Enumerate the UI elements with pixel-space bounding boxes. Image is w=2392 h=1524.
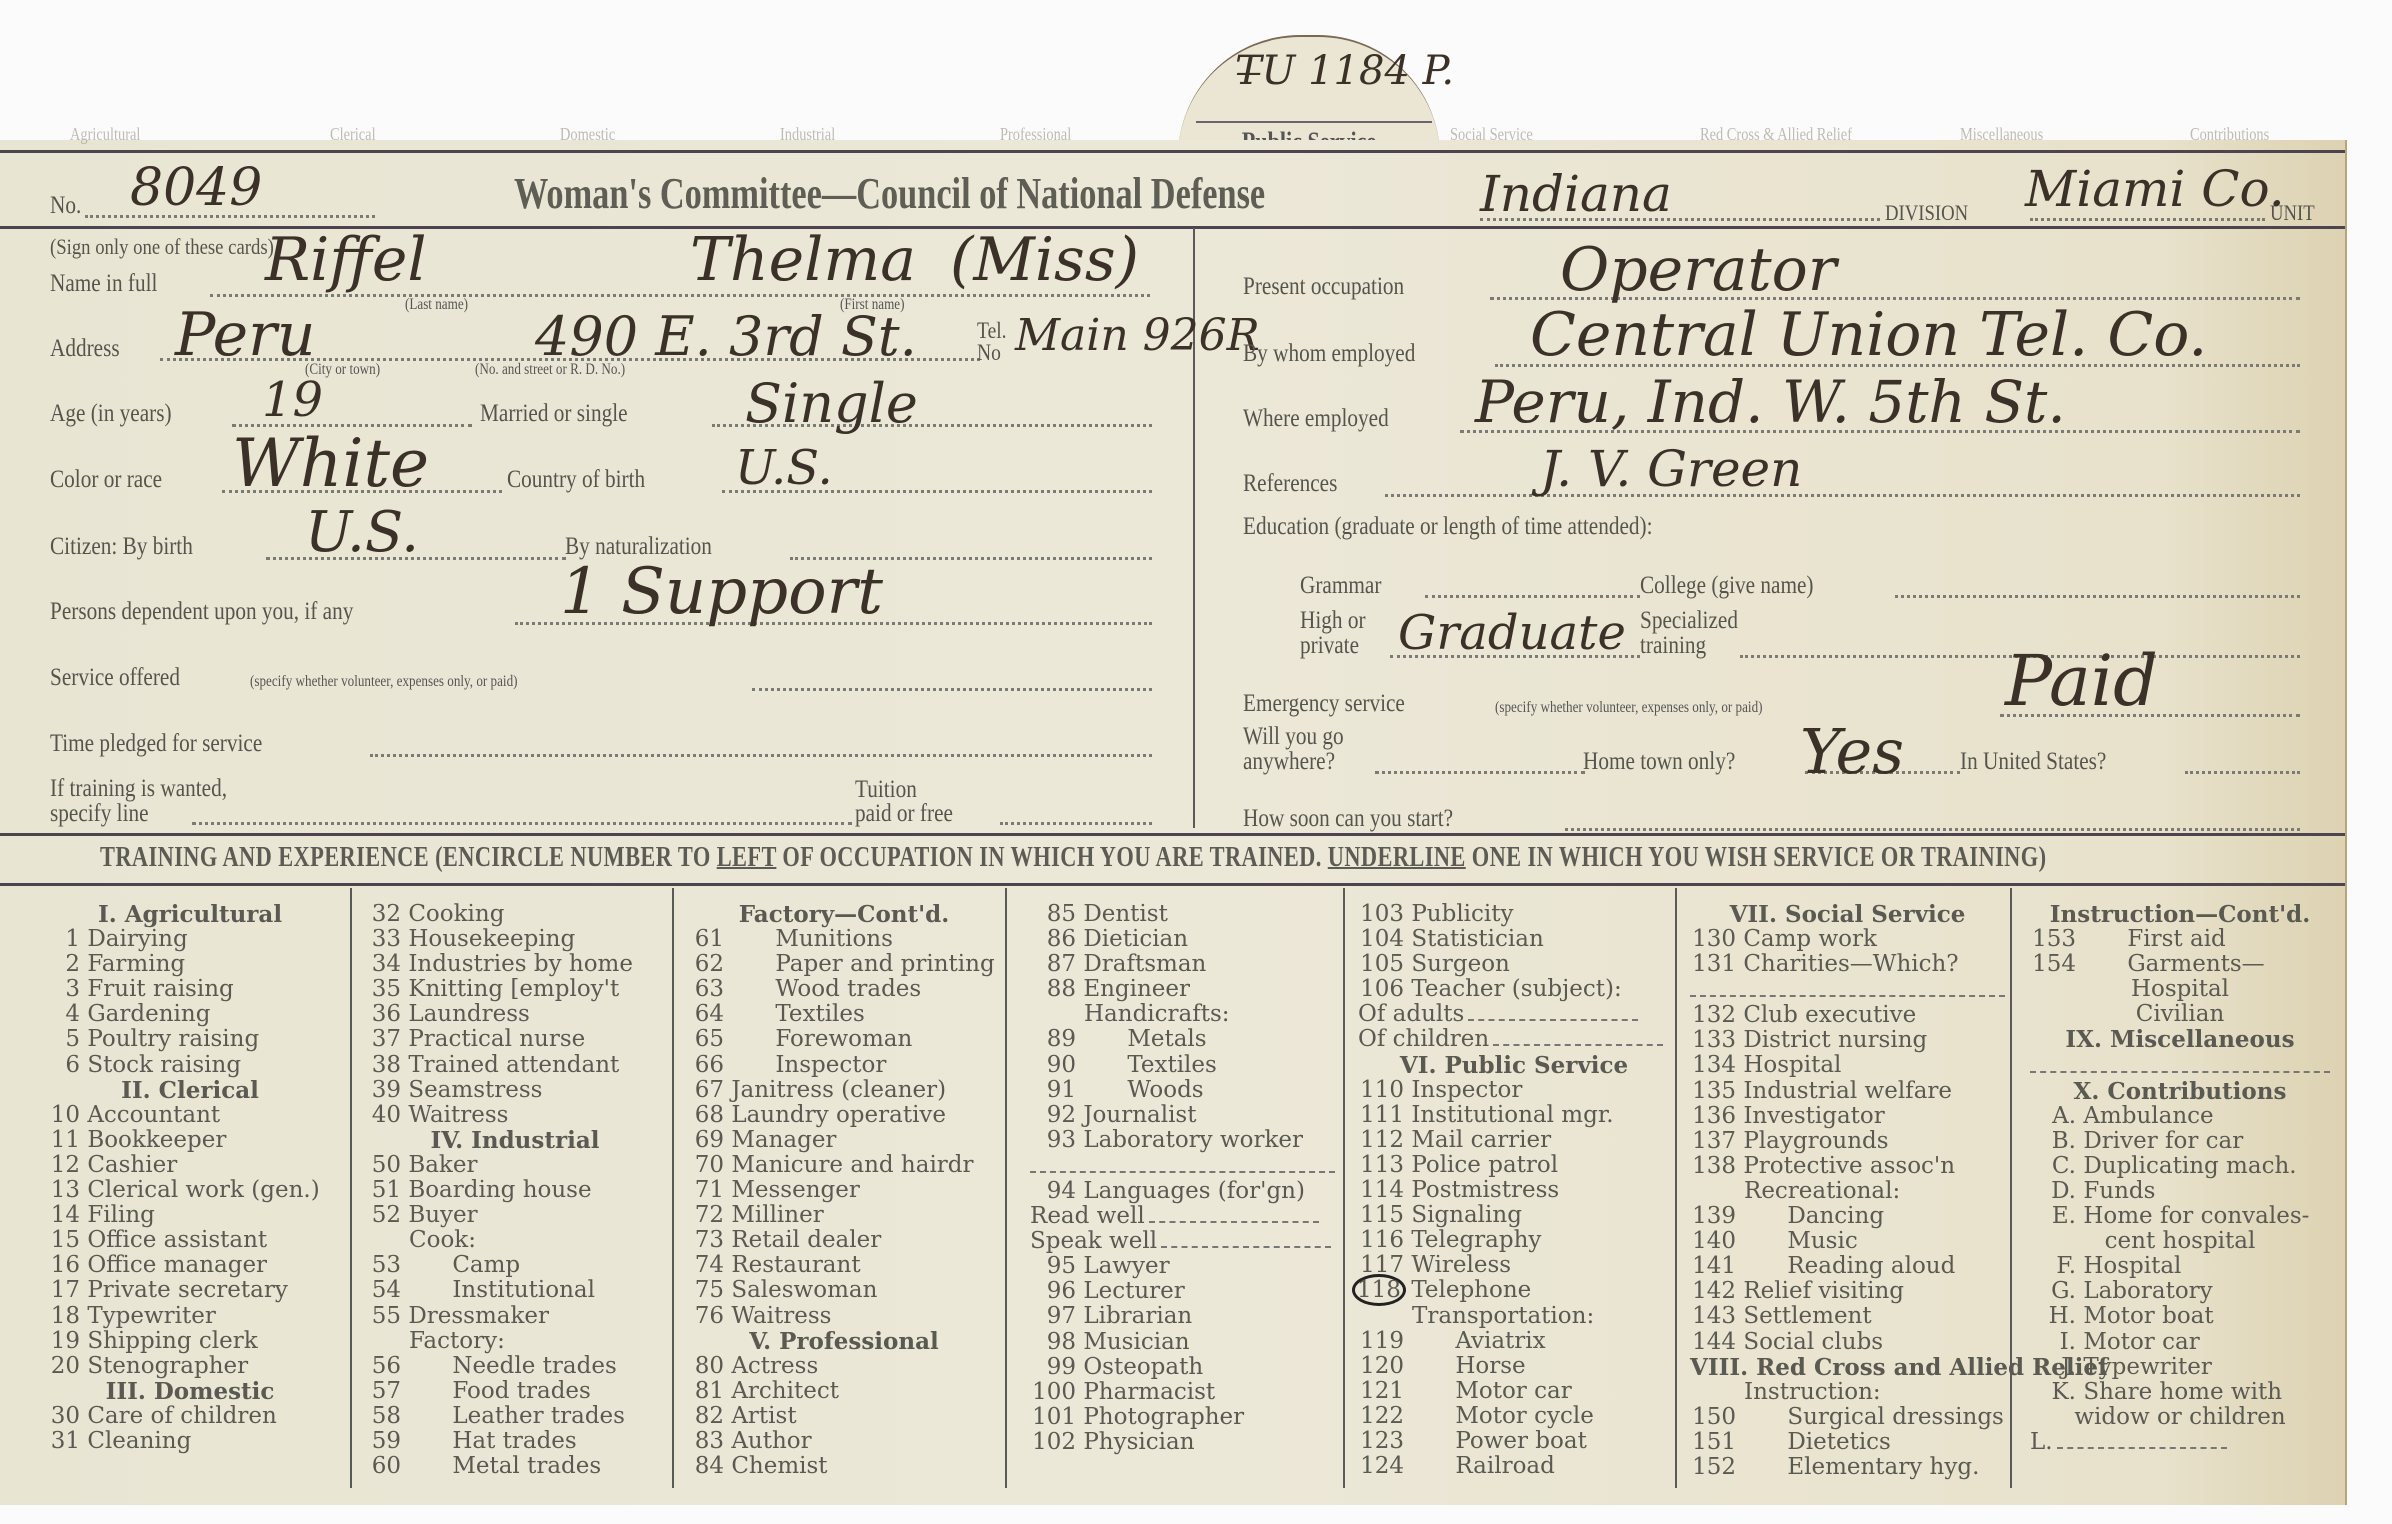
occupation-label: Actress: [731, 1353, 818, 1379]
occupation-item: 35 Knitting [employ't: [365, 977, 665, 1002]
occupation-item: 52 Buyer: [365, 1203, 665, 1228]
occupation-label: Osteopath: [1083, 1354, 1203, 1380]
occupation-label: Stock raising: [87, 1052, 241, 1078]
occupation-number: 93: [1030, 1128, 1076, 1153]
occupation-number: 64: [688, 1002, 724, 1027]
training-column-5: 103 Publicity104 Statistician105 Surgeon…: [1358, 902, 1670, 1479]
occupation-label: Motor cycle: [1455, 1403, 1594, 1429]
occupation-number: 38: [365, 1053, 401, 1078]
occupation-item: 115 Signaling: [1358, 1203, 1670, 1228]
occupation-label: Aviatrix: [1455, 1328, 1545, 1354]
occupation-number: 72: [688, 1203, 724, 1228]
occupation-item: 40 Waitress: [365, 1103, 665, 1128]
training-column-2: 32 Cooking33 Housekeeping34 Industries b…: [365, 902, 665, 1479]
occupation-label: Waitress: [731, 1303, 831, 1329]
occupation-item: 71 Messenger: [688, 1178, 1000, 1203]
occupation-label: Physician: [1083, 1429, 1194, 1455]
occupation-item: 113 Police patrol: [1358, 1153, 1670, 1178]
college-label: College (give name): [1640, 572, 1813, 600]
occupation-number: 144: [1690, 1330, 1736, 1355]
occupation-number: 4: [40, 1002, 80, 1027]
occupation-label: Metals: [1127, 1026, 1206, 1052]
occupation-label: Manager: [731, 1127, 836, 1153]
occupation-label: Publicity: [1411, 901, 1513, 927]
fill-in-line: Speak well: [1030, 1229, 1335, 1254]
occupation-label: Social clubs: [1743, 1329, 1883, 1355]
tel-label: Tel. No: [977, 320, 1003, 364]
occupation-item: 144 Social clubs: [1690, 1330, 2005, 1355]
occupation-number: 53: [365, 1253, 401, 1278]
occupation-label: Forewoman: [775, 1026, 912, 1052]
occupation-item: 114 Postmistress: [1358, 1178, 1670, 1203]
occupation-label: Journalist: [1083, 1102, 1196, 1128]
occupation-label: Cooking: [408, 901, 504, 927]
occupation-item: 54 Institutional: [365, 1278, 665, 1303]
occupation-number: 13: [40, 1178, 80, 1203]
occupation-number: 81: [688, 1379, 724, 1404]
training-column-7: Instruction—Cont'd.153 First aid154 Garm…: [2030, 902, 2330, 1455]
occupation-item: 123 Power boat: [1358, 1429, 1670, 1454]
occupation-label: Photographer: [1083, 1404, 1244, 1430]
occupation-number: F.: [2030, 1254, 2076, 1279]
dependents-value: 1 Support: [560, 555, 883, 629]
high-label-2: private: [1300, 632, 1359, 660]
occupation-item: 60 Metal trades: [365, 1454, 665, 1479]
unit-value: Miami Co.: [2025, 160, 2285, 218]
occupation-label: Camp work: [1743, 926, 1877, 952]
occupation-number: 36: [365, 1002, 401, 1027]
emergency-note: (specify whether volunteer, expenses onl…: [1495, 699, 1762, 717]
occupation-number: I.: [2030, 1330, 2076, 1355]
service-line: [752, 688, 1152, 691]
occupation-number: 113: [1358, 1153, 1404, 1178]
occupation-label: Teacher (subject):: [1411, 976, 1621, 1002]
address-label: Address: [50, 335, 120, 363]
occupation-label: Housekeeping: [408, 926, 575, 952]
occupation-label: Inspector: [775, 1052, 886, 1078]
occupation-item: 59 Hat trades: [365, 1429, 665, 1454]
occupation-number: 3: [40, 977, 80, 1002]
occupation-number: 85: [1030, 902, 1076, 927]
occupation-item: 55 Dressmaker: [365, 1304, 665, 1329]
occupation-item: 4 Gardening: [40, 1002, 340, 1027]
occupation-number: 116: [1358, 1228, 1404, 1253]
occupation-item: 93 Laboratory worker: [1030, 1128, 1335, 1153]
occupation-number: 50: [365, 1153, 401, 1178]
occupation-number: 16: [40, 1253, 80, 1278]
occupation-item: 150 Surgical dressings: [1690, 1405, 2005, 1430]
training-wanted-label-2: specify line: [50, 800, 149, 828]
occupation-label: Munitions: [775, 926, 893, 952]
occupation-item: 17 Private secretary: [40, 1278, 340, 1303]
occupation-item: 56 Needle trades: [365, 1354, 665, 1379]
occupation-number: 60: [365, 1454, 401, 1479]
occupation-number: 143: [1690, 1304, 1736, 1329]
occupation-label: Railroad: [1455, 1453, 1555, 1479]
occupation-number: 131: [1690, 952, 1736, 977]
occupation-number: 135: [1690, 1079, 1736, 1104]
section-header: Factory—Cont'd.: [688, 902, 1000, 927]
occupation-number: 40: [365, 1103, 401, 1128]
occupation-label: Trained attendant: [408, 1052, 619, 1078]
occupation-number: 39: [365, 1078, 401, 1103]
occupation-label: Librarian: [1083, 1303, 1192, 1329]
occupation-label: Industries by home: [408, 951, 633, 977]
occupation-number: 74: [688, 1253, 724, 1278]
occupation-number: 134: [1690, 1053, 1736, 1078]
occupation-number: 57: [365, 1379, 401, 1404]
occupation-number: 59: [365, 1429, 401, 1454]
occupation-item: 87 Draftsman: [1030, 952, 1335, 977]
occupation-item: 98 Musician: [1030, 1330, 1335, 1355]
occupation-number: 118: [1358, 1278, 1404, 1303]
occupation-label: Author: [731, 1428, 811, 1454]
occupation-label: Charities—Which?: [1743, 951, 1958, 977]
specialized-label-2: training: [1640, 632, 1706, 660]
training-column-3: Factory—Cont'd.61 Munitions62 Paper and …: [688, 902, 1000, 1479]
occupation-number: 30: [40, 1404, 80, 1429]
occupation-item: 15 Office assistant: [40, 1228, 340, 1253]
citizen-birth-value: U.S.: [305, 500, 419, 565]
occupation-label: Wood trades: [775, 976, 921, 1002]
column-divider: [1675, 888, 1677, 1488]
occupation-item: 94 Languages (for'gn): [1030, 1179, 1335, 1204]
occupation-label: Retail dealer: [731, 1227, 881, 1253]
occupation-number: 61: [688, 927, 724, 952]
occupation-label: Metal trades: [452, 1453, 601, 1479]
circled-number-mark: 118: [1352, 1274, 1406, 1306]
occupation-item: 66 Inspector: [688, 1053, 1000, 1078]
occupation-number: 86: [1030, 927, 1076, 952]
training-wanted-line: [192, 822, 852, 825]
occupation-item: 30 Care of children: [40, 1404, 340, 1429]
occupation-label: Artist: [731, 1403, 796, 1429]
occupation-number: 152: [1690, 1455, 1736, 1480]
column-divider: [1343, 888, 1345, 1488]
occupation-item: 131 Charities—Which?: [1690, 952, 2005, 977]
banner-text-2: OF OCCUPATION IN WHICH YOU ARE TRAINED.: [776, 842, 1327, 873]
occupation-label: Waitress: [408, 1102, 508, 1128]
occupation-number: 130: [1690, 927, 1736, 952]
occupation-item: 117 Wireless: [1358, 1253, 1670, 1278]
fill-in-line: Of adults: [1358, 1002, 1670, 1027]
occupation-item: 2 Farming: [40, 952, 340, 977]
occupation-item: H. Motor boat: [2030, 1304, 2330, 1329]
occupation-item: 61 Munitions: [688, 927, 1000, 952]
occupation-item: C. Duplicating mach.: [2030, 1154, 2330, 1179]
hometown-value: Yes: [1800, 715, 1904, 788]
occupation-number: 122: [1358, 1404, 1404, 1429]
address-street-value: 490 E. 3rd St.: [535, 305, 917, 368]
occupation-number: 66: [688, 1053, 724, 1078]
form-bottom-rule: [0, 833, 2345, 836]
occupation-item: 97 Librarian: [1030, 1304, 1335, 1329]
occupation-label: Laundry operative: [731, 1102, 946, 1128]
occupation-number: 70: [688, 1153, 724, 1178]
occupation-label: Boarding house: [408, 1177, 591, 1203]
occupation-label: Food trades: [452, 1378, 591, 1404]
occupation-label: Draftsman: [1083, 951, 1206, 977]
occupation-item: 100 Pharmacist: [1030, 1380, 1335, 1405]
occupation-item: 69 Manager: [688, 1128, 1000, 1153]
occupation-label: Motor boat: [2083, 1303, 2213, 1329]
occupation-number: 11: [40, 1128, 80, 1153]
occupation-item: 38 Trained attendant: [365, 1053, 665, 1078]
occupation-label: Statistician: [1411, 926, 1543, 952]
occupation-item: 32 Cooking: [365, 902, 665, 927]
occupation-number: 73: [688, 1228, 724, 1253]
references-label: References: [1243, 470, 1337, 498]
occupation-item: 72 Milliner: [688, 1203, 1000, 1228]
occupation-label: Driver for car: [2083, 1128, 2243, 1154]
occupation-label: Janitress (cleaner): [731, 1077, 946, 1103]
occupation-number: 99: [1030, 1355, 1076, 1380]
occupation-item: 65 Forewoman: [688, 1027, 1000, 1052]
occupation-number: B.: [2030, 1129, 2076, 1154]
color-value: White: [232, 425, 429, 502]
column-divider: [350, 888, 352, 1488]
banner-underline-emphasis: UNDERLINE: [1328, 842, 1466, 873]
occupation-label: Private secretary: [87, 1277, 288, 1303]
occupation-number: 65: [688, 1027, 724, 1052]
occupation-item: 16 Office manager: [40, 1253, 340, 1278]
education-label: Education (graduate or length of time at…: [1243, 513, 1653, 541]
occupation-number: 106: [1358, 977, 1404, 1002]
occupation-item: 95 Lawyer: [1030, 1254, 1335, 1279]
subsection-label: Transportation:: [1358, 1304, 1670, 1329]
occupation-number: 115: [1358, 1203, 1404, 1228]
occupation-label: Chemist: [731, 1453, 827, 1479]
occupation-item: 62 Paper and printing: [688, 952, 1000, 977]
last-name-caption: (Last name): [405, 296, 468, 314]
occupation-label: Saleswoman: [731, 1277, 877, 1303]
country-label: Country of birth: [507, 466, 645, 494]
occupation-number: C.: [2030, 1154, 2076, 1179]
occupation-item: 58 Leather trades: [365, 1404, 665, 1429]
section-header: II. Clerical: [40, 1078, 340, 1103]
section-header: I. Agricultural: [40, 902, 340, 927]
occupation-item: 5 Poultry raising: [40, 1027, 340, 1052]
occupation-number: 121: [1358, 1379, 1404, 1404]
card-number: 8049: [130, 158, 262, 218]
occupation-number: 17: [40, 1278, 80, 1303]
occupation-number: 92: [1030, 1103, 1076, 1128]
occupation-number: 90: [1030, 1053, 1076, 1078]
name-first-value: Thelma: [690, 225, 916, 295]
top-strip-label: Red Cross & Allied Relief: [1700, 124, 1852, 145]
training-column-6: VII. Social Service130 Camp work131 Char…: [1690, 902, 2005, 1480]
occupation-number: 5: [40, 1027, 80, 1052]
occupation-number: 89: [1030, 1027, 1076, 1052]
occupation-item: 133 District nursing: [1690, 1028, 2005, 1053]
occupation-number: 62: [688, 952, 724, 977]
top-strip-label: Social Service: [1450, 124, 1533, 145]
street-caption: (No. and street or R. D. No.): [475, 361, 625, 379]
occupation-number: 82: [688, 1404, 724, 1429]
anywhere-label-2: anywhere?: [1243, 748, 1335, 776]
occupation-number: 100: [1030, 1380, 1076, 1405]
section-header: IV. Industrial: [365, 1128, 665, 1153]
time-line: [370, 754, 1152, 757]
fill-in-blank: [2057, 1447, 2227, 1449]
occupation-item: F. Hospital: [2030, 1254, 2330, 1279]
subsection-label: widow or children: [2030, 1405, 2330, 1430]
occupation-number: 63: [688, 977, 724, 1002]
occupation-label: Stenographer: [87, 1353, 248, 1379]
occupation-label: Manicure and hairdr: [731, 1152, 973, 1178]
occupation-number: 37: [365, 1027, 401, 1052]
occupation-label: Paper and printing: [775, 951, 994, 977]
occupation-label: Care of children: [87, 1403, 276, 1429]
fill-in-blank: [1161, 1246, 1331, 1248]
occupation-label: Surgical dressings: [1787, 1404, 2004, 1430]
occupation-label: Office manager: [87, 1252, 267, 1278]
occupation-item: 96 Lecturer: [1030, 1279, 1335, 1304]
occupation-label: Horse: [1455, 1353, 1525, 1379]
occupation-item: 37 Practical nurse: [365, 1027, 665, 1052]
occupation-label: Hat trades: [452, 1428, 576, 1454]
occupation-label: Knitting [employ't: [408, 976, 619, 1002]
occupation-label: Police patrol: [1411, 1152, 1558, 1178]
occupation-label: Accountant: [87, 1102, 220, 1128]
occupation-item: 31 Cleaning: [40, 1429, 340, 1454]
occupation-label: Inspector: [1411, 1077, 1522, 1103]
fill-in-blank: [1468, 1019, 1638, 1021]
fill-in-blank: [1493, 1044, 1663, 1046]
service-label: Service offered: [50, 664, 180, 692]
top-strip-label: Industrial: [780, 124, 835, 145]
occupation-number: 2: [40, 952, 80, 977]
occupation-item: 110 Inspector: [1358, 1078, 1670, 1103]
subsection-label: Handicrafts:: [1030, 1002, 1335, 1027]
occupation-item: 138 Protective assoc'n: [1690, 1154, 2005, 1179]
division-label: DIVISION: [1885, 200, 1968, 226]
occupation-label: Restaurant: [731, 1252, 860, 1278]
column-divider: [672, 888, 674, 1488]
training-column-4: 85 Dentist86 Dietician87 Draftsman88 Eng…: [1030, 902, 1335, 1455]
occupation-item: 140 Music: [1690, 1229, 2005, 1254]
fill-in-line: Read well: [1030, 1204, 1335, 1229]
start-label: How soon can you start?: [1243, 805, 1453, 833]
occupation-item: J. Typewriter: [2030, 1355, 2330, 1380]
occupation-number: 10: [40, 1103, 80, 1128]
occupation-number: G.: [2030, 1279, 2076, 1304]
occupation-item: 122 Motor cycle: [1358, 1404, 1670, 1429]
fill-in-label: Read well: [1030, 1203, 1145, 1229]
occupation-item: G. Laboratory: [2030, 1279, 2330, 1304]
occupation-item: 89 Metals: [1030, 1027, 1335, 1052]
occupation-number: 12: [40, 1153, 80, 1178]
occupation-number: 154: [2030, 952, 2076, 977]
occupation-number: 15: [40, 1228, 80, 1253]
occupation-item: 154 Garments—: [2030, 952, 2330, 977]
tel-value: Main 926R: [1015, 310, 1260, 361]
subsection-label: Factory:: [365, 1329, 665, 1354]
banner-left-emphasis: LEFT: [717, 842, 777, 873]
occupation-label: District nursing: [1743, 1027, 1927, 1053]
occupation-item: 132 Club executive: [1690, 1003, 2005, 1028]
occupation-label: Fruit raising: [87, 976, 233, 1002]
subsection-label: Cook:: [365, 1228, 665, 1253]
occupation-item: 11 Bookkeeper: [40, 1128, 340, 1153]
occupation-item: 83 Author: [688, 1429, 1000, 1454]
occupation-number: 137: [1690, 1129, 1736, 1154]
occupation-label: Playgrounds: [1743, 1128, 1888, 1154]
occupation-label: Dietetics: [1787, 1429, 1891, 1455]
banner-text-3: ONE IN WHICH YOU WISH SERVICE OR TRAININ…: [1466, 842, 2047, 873]
name-last-value: Riffel: [265, 225, 427, 295]
occupation-number: 151: [1690, 1430, 1736, 1455]
unit-line: [2030, 218, 2265, 221]
occupation-label: Shipping clerk: [87, 1328, 257, 1354]
occupation-label: Duplicating mach.: [2083, 1153, 2296, 1179]
banner-text-1: TRAINING AND EXPERIENCE (ENCIRCLE NUMBER…: [100, 842, 717, 873]
occupation-number: 20: [40, 1354, 80, 1379]
specialized-label-1: Specialized: [1640, 607, 1738, 635]
hometown-label: Home town only?: [1583, 748, 1735, 776]
married-label: Married or single: [480, 400, 628, 428]
fill-in-label: Speak well: [1030, 1228, 1157, 1254]
service-note: (specify whether volunteer, expenses onl…: [250, 673, 517, 691]
occupation-label: Hospital: [1743, 1052, 1841, 1078]
fill-in-blank: [1149, 1221, 1319, 1223]
occupation-item: 39 Seamstress: [365, 1078, 665, 1103]
occupation-number: 96: [1030, 1279, 1076, 1304]
occupation-label: Relief visiting: [1743, 1278, 1904, 1304]
occupation-item: 75 Saleswoman: [688, 1278, 1000, 1303]
occupation-label: Filing: [87, 1202, 155, 1228]
occupation-item: 51 Boarding house: [365, 1178, 665, 1203]
occupation-label: Music: [1787, 1228, 1857, 1254]
occupation-number: 123: [1358, 1429, 1404, 1454]
occupation-item: 88 Engineer: [1030, 977, 1335, 1002]
occupation-label: Languages (for'gn): [1083, 1178, 1305, 1204]
tuition-line: [1000, 822, 1152, 825]
occupation-value: Operator: [1560, 235, 1836, 305]
occupation-number: 141: [1690, 1254, 1736, 1279]
occupation-label: Dancing: [1787, 1203, 1884, 1229]
occupation-number: 139: [1690, 1204, 1736, 1229]
occupation-label: Architect: [731, 1378, 839, 1404]
number-label: No.: [50, 192, 81, 220]
occupation-label: Dentist: [1083, 901, 1168, 927]
occupation-label: Farming: [87, 951, 185, 977]
section-header: III. Domestic: [40, 1379, 340, 1404]
occupation-item: 101 Photographer: [1030, 1405, 1335, 1430]
occupation-item: 12 Cashier: [40, 1153, 340, 1178]
occupation-number: 102: [1030, 1430, 1076, 1455]
occupation-label: Signaling: [1411, 1202, 1522, 1228]
occupation-item: 50 Baker: [365, 1153, 665, 1178]
occupation-item: 74 Restaurant: [688, 1253, 1000, 1278]
occupation-item: 130 Camp work: [1690, 927, 2005, 952]
occupation-item: 64 Textiles: [688, 1002, 1000, 1027]
occupation-item: 33 Housekeeping: [365, 927, 665, 952]
occupation-number: 111: [1358, 1103, 1404, 1128]
top-strip-label: Agricultural: [70, 124, 140, 145]
occupation-label: Practical nurse: [408, 1026, 585, 1052]
occupation-item: 70 Manicure and hairdr: [688, 1153, 1000, 1178]
occupation-label: Engineer: [1083, 976, 1190, 1002]
occupation-number: 67: [688, 1078, 724, 1103]
occupation-item: 80 Actress: [688, 1354, 1000, 1379]
occupation-number: 132: [1690, 1003, 1736, 1028]
occupation-label: Elementary hyg.: [1787, 1454, 1979, 1480]
occupation-label: Dressmaker: [408, 1303, 549, 1329]
occupation-label: Motor car: [1455, 1378, 1571, 1404]
top-strip-label: Miscellaneous: [1960, 124, 2043, 145]
subsection-label: Civilian: [2030, 1002, 2330, 1027]
